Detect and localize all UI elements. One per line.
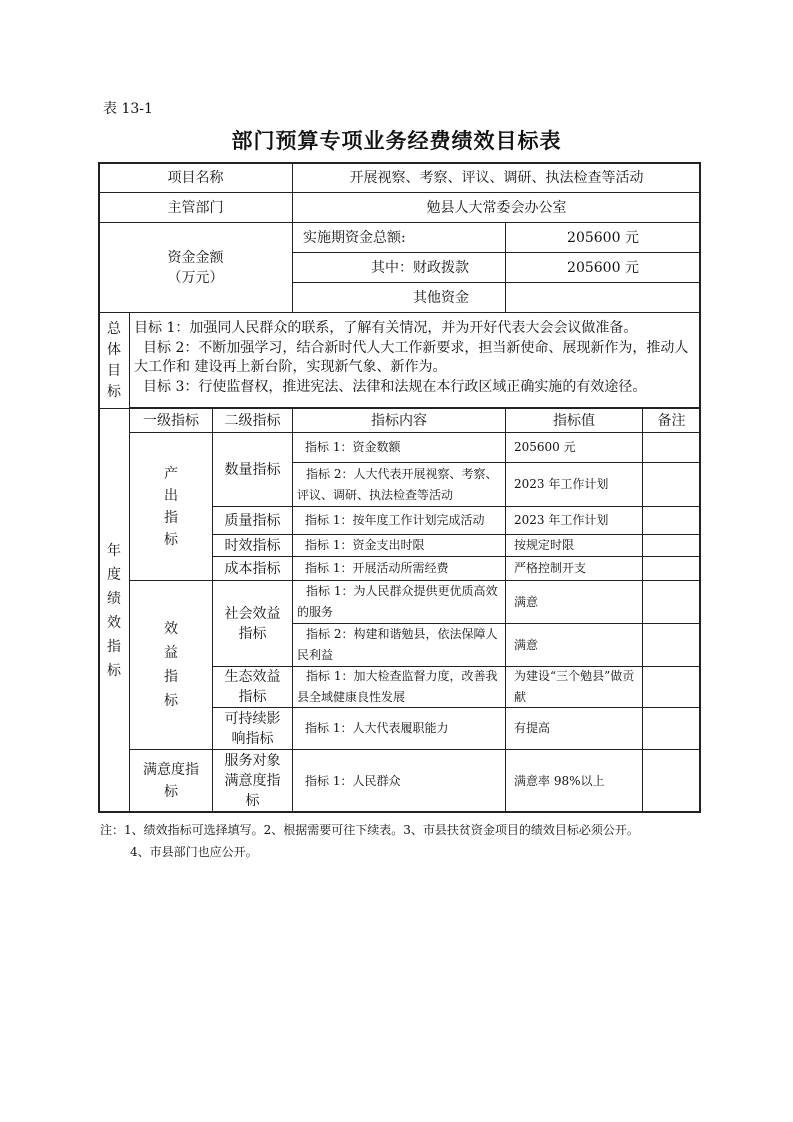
annual-indicators-label: 年 度 绩 效 指 标: [98, 408, 130, 813]
level2-quality: 质量指标: [212, 506, 293, 535]
level1-output-indicators: 产 出 指 标: [129, 432, 213, 581]
level2-sustainable-impact: 可持续影 响指标: [212, 707, 293, 750]
goal-2: 目标 2：不断加强学习，结合新时代人大工作新要求，担当新使命、展现新作为，推动人…: [134, 339, 696, 378]
indicator-note: [642, 432, 701, 463]
header-content: 指标内容: [292, 408, 506, 433]
indicator-value: 2023 年工作计划: [505, 462, 643, 507]
other-funds-value: [505, 282, 701, 313]
other-funds-label: 其他资金: [292, 282, 506, 313]
indicator-value: 满意: [505, 580, 643, 624]
indicator-value: 严格控制开支: [505, 556, 643, 581]
goal-1: 目标 1：加强同人民群众的联系，了解有关情况，并为开好代表大会会议做准备。: [134, 319, 696, 339]
indicator-value: 205600 元: [505, 432, 643, 463]
goal-3: 目标 3：行使监督权，推进宪法、法律和法规在本行政区域正确实施的有效途径。: [134, 378, 696, 398]
indicator-note: [642, 534, 701, 557]
indicator-note: [642, 666, 701, 708]
indicator-content: 指标 1：人大代表履职能力: [292, 707, 506, 750]
funds-label-line1: 资金金额: [168, 248, 224, 268]
indicator-content: 指标 1：资金数额: [292, 432, 506, 463]
level2-cost: 成本指标: [212, 556, 293, 581]
indicator-content: 指标 2：构建和谐勉县，依法保障人民利益: [292, 623, 506, 667]
indicator-value: 为建设“三个勉县”做贡献: [505, 666, 643, 708]
indicator-value: 满意: [505, 623, 643, 667]
level2-timeliness: 时效指标: [212, 534, 293, 557]
header-note: 备注: [642, 408, 701, 433]
total-funds-value: 205600 元: [505, 222, 701, 253]
indicator-note: [642, 462, 701, 507]
department-label: 主管部门: [98, 192, 293, 223]
funds-amount-label: 资金金额 （万元）: [98, 222, 293, 313]
indicator-content: 指标 1：加大检查监督力度，改善我县全域健康良性发展: [292, 666, 506, 708]
indicator-note: [642, 556, 701, 581]
overall-goals-content: 目标 1：加强同人民群众的联系，了解有关情况，并为开好代表大会会议做准备。 目标…: [129, 312, 701, 408]
indicator-note: [642, 707, 701, 750]
page-title: 部门预算专项业务经费绩效目标表: [0, 125, 793, 155]
indicator-content: 指标 1：开展活动所需经费: [292, 556, 506, 581]
indicator-value: 满意率 98%以上: [505, 749, 643, 813]
funds-label-line2: （万元）: [168, 268, 224, 288]
department-value: 勉县人大常委会办公室: [292, 192, 701, 223]
level1-satisfaction-indicators: 满意度指 标: [129, 749, 213, 813]
indicator-value: 按规定时限: [505, 534, 643, 557]
header-value: 指标值: [505, 408, 643, 433]
indicator-note: [642, 506, 701, 535]
overall-goals-label: 总 体 目 标: [98, 312, 130, 409]
indicator-content: 指标 1：资金支出时限: [292, 534, 506, 557]
indicator-note: [642, 580, 701, 624]
level1-benefit-indicators: 效 益 指 标: [129, 580, 213, 750]
level2-quantity: 数量指标: [212, 432, 293, 507]
indicator-value: 有提高: [505, 707, 643, 750]
fiscal-appropriation-value: 205600 元: [505, 252, 701, 283]
footnote-line-2: 4、市县部门也应公开。: [130, 842, 720, 862]
footnote-line-1: 注：1、绩效指标可选择填写。2、根据需要可往下续表。3、市县扶贫资金项目的绩效目…: [100, 820, 720, 840]
table-number-label: 表 13-1: [103, 98, 153, 118]
project-name-value: 开展视察、考察、评议、调研、执法检查等活动: [292, 162, 701, 193]
header-level2: 二级指标: [212, 408, 293, 433]
indicator-value: 2023 年工作计划: [505, 506, 643, 535]
indicator-note: [642, 623, 701, 667]
fiscal-appropriation-label: 其中：财政拨款: [292, 252, 506, 283]
level2-service-satisfaction: 服务对象 满意度指 标: [212, 749, 293, 813]
indicator-content: 指标 1：人民群众: [292, 749, 506, 813]
indicator-content: 指标 1：为人民群众提供更优质高效的服务: [292, 580, 506, 624]
level2-social-benefit: 社会效益 指标: [212, 580, 293, 667]
project-name-label: 项目名称: [98, 162, 293, 193]
header-level1: 一级指标: [129, 408, 213, 433]
indicator-content: 指标 2：人大代表开展视察、考察、评议、调研、执法检查等活动: [292, 462, 506, 507]
total-funds-label: 实施期资金总额:: [292, 222, 506, 253]
indicator-content: 指标 1：按年度工作计划完成活动: [292, 506, 506, 535]
indicator-note: [642, 749, 701, 813]
level2-ecological-benefit: 生态效益 指标: [212, 666, 293, 708]
